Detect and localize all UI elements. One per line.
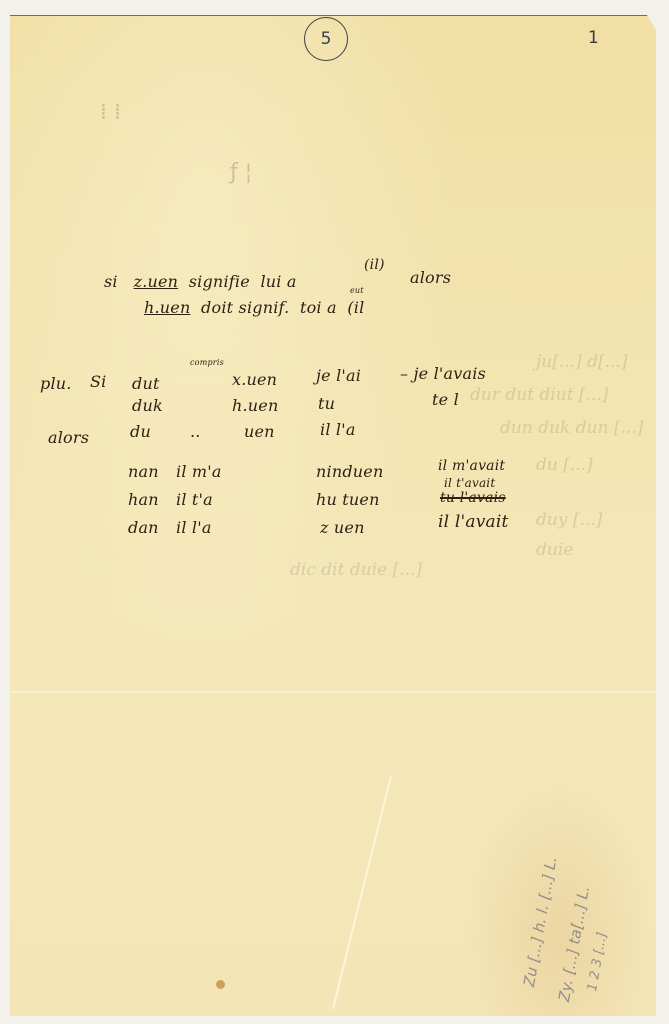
block2-duk: duk (132, 396, 163, 415)
label-alors: alors (48, 428, 89, 447)
show-through-line: dic dit duie [...] (290, 560, 422, 580)
block3-row1-b: il m'a (176, 462, 222, 481)
block2-si: Si (90, 372, 106, 391)
block2-uen: uen (244, 422, 275, 441)
block3-row3-a: dan (128, 518, 159, 537)
block3-row2-b: il t'a (176, 490, 213, 509)
bleed-through-mark: ⁞ ⁞ (100, 100, 121, 125)
block2-jelai: je l'ai (316, 366, 361, 385)
block2-tu: tu (318, 394, 335, 413)
show-through-line: du [...] (536, 455, 593, 475)
block3-row1-c: ninduen (316, 462, 383, 481)
block1-line1-tail: alors (410, 268, 451, 287)
block2-illa: il l'a (320, 420, 356, 439)
block2-tel: te l (432, 390, 459, 409)
block2-huen: h.uen (232, 396, 278, 415)
block3-row3-b: il l'a (176, 518, 212, 537)
block3-row2-insert: il t'avait (444, 476, 495, 490)
show-through-line: dun duk dun [...] (500, 418, 643, 438)
block1-line1: si z.uen signifie lui a (104, 272, 297, 291)
block1-insert-above: (il) (364, 257, 385, 273)
block3-row2-c: hu tuen (316, 490, 380, 509)
show-through-line: ju[...] d[...] (536, 352, 627, 372)
block2-sup-compris: compris (190, 358, 224, 367)
block1-insert-below: eut (350, 286, 364, 295)
label-plu: plu. (40, 374, 72, 393)
bleed-through-mark: ƒ ¦ (230, 160, 252, 185)
show-through-line: dur dut diut [...] (470, 385, 608, 405)
block2-jelavais: – je l'avais (400, 364, 486, 383)
block2-dut: dut (132, 374, 160, 393)
scanned-manuscript: ƒ ¦ ⁞ ⁞ 5 1 si z.uen signifie lui a (il)… (0, 0, 669, 1024)
block2-du: du (130, 422, 151, 441)
block3-row2-a: han (128, 490, 159, 509)
block3-row3-c: z uen (320, 518, 365, 537)
block1-line2: h.uen doit signif. toi a (il (144, 298, 364, 317)
folio-number-circled: 5 (304, 17, 348, 61)
page-number: 1 (588, 28, 599, 48)
paper-crease (332, 776, 392, 1009)
block3-row1-a: nan (128, 462, 159, 481)
ink-stain (216, 980, 225, 989)
horizontal-fold-line (10, 691, 656, 694)
show-through-line: duy [...] (536, 510, 602, 530)
block2-xuen: x.uen (232, 370, 277, 389)
block3-row1-d: il m'avait (438, 458, 505, 474)
show-through-line: duie (536, 540, 573, 560)
block3-row2-struck: tu l'avais (440, 490, 506, 506)
block2-dots: .. (190, 422, 201, 441)
block3-row3-d: il l'avait (438, 512, 509, 532)
